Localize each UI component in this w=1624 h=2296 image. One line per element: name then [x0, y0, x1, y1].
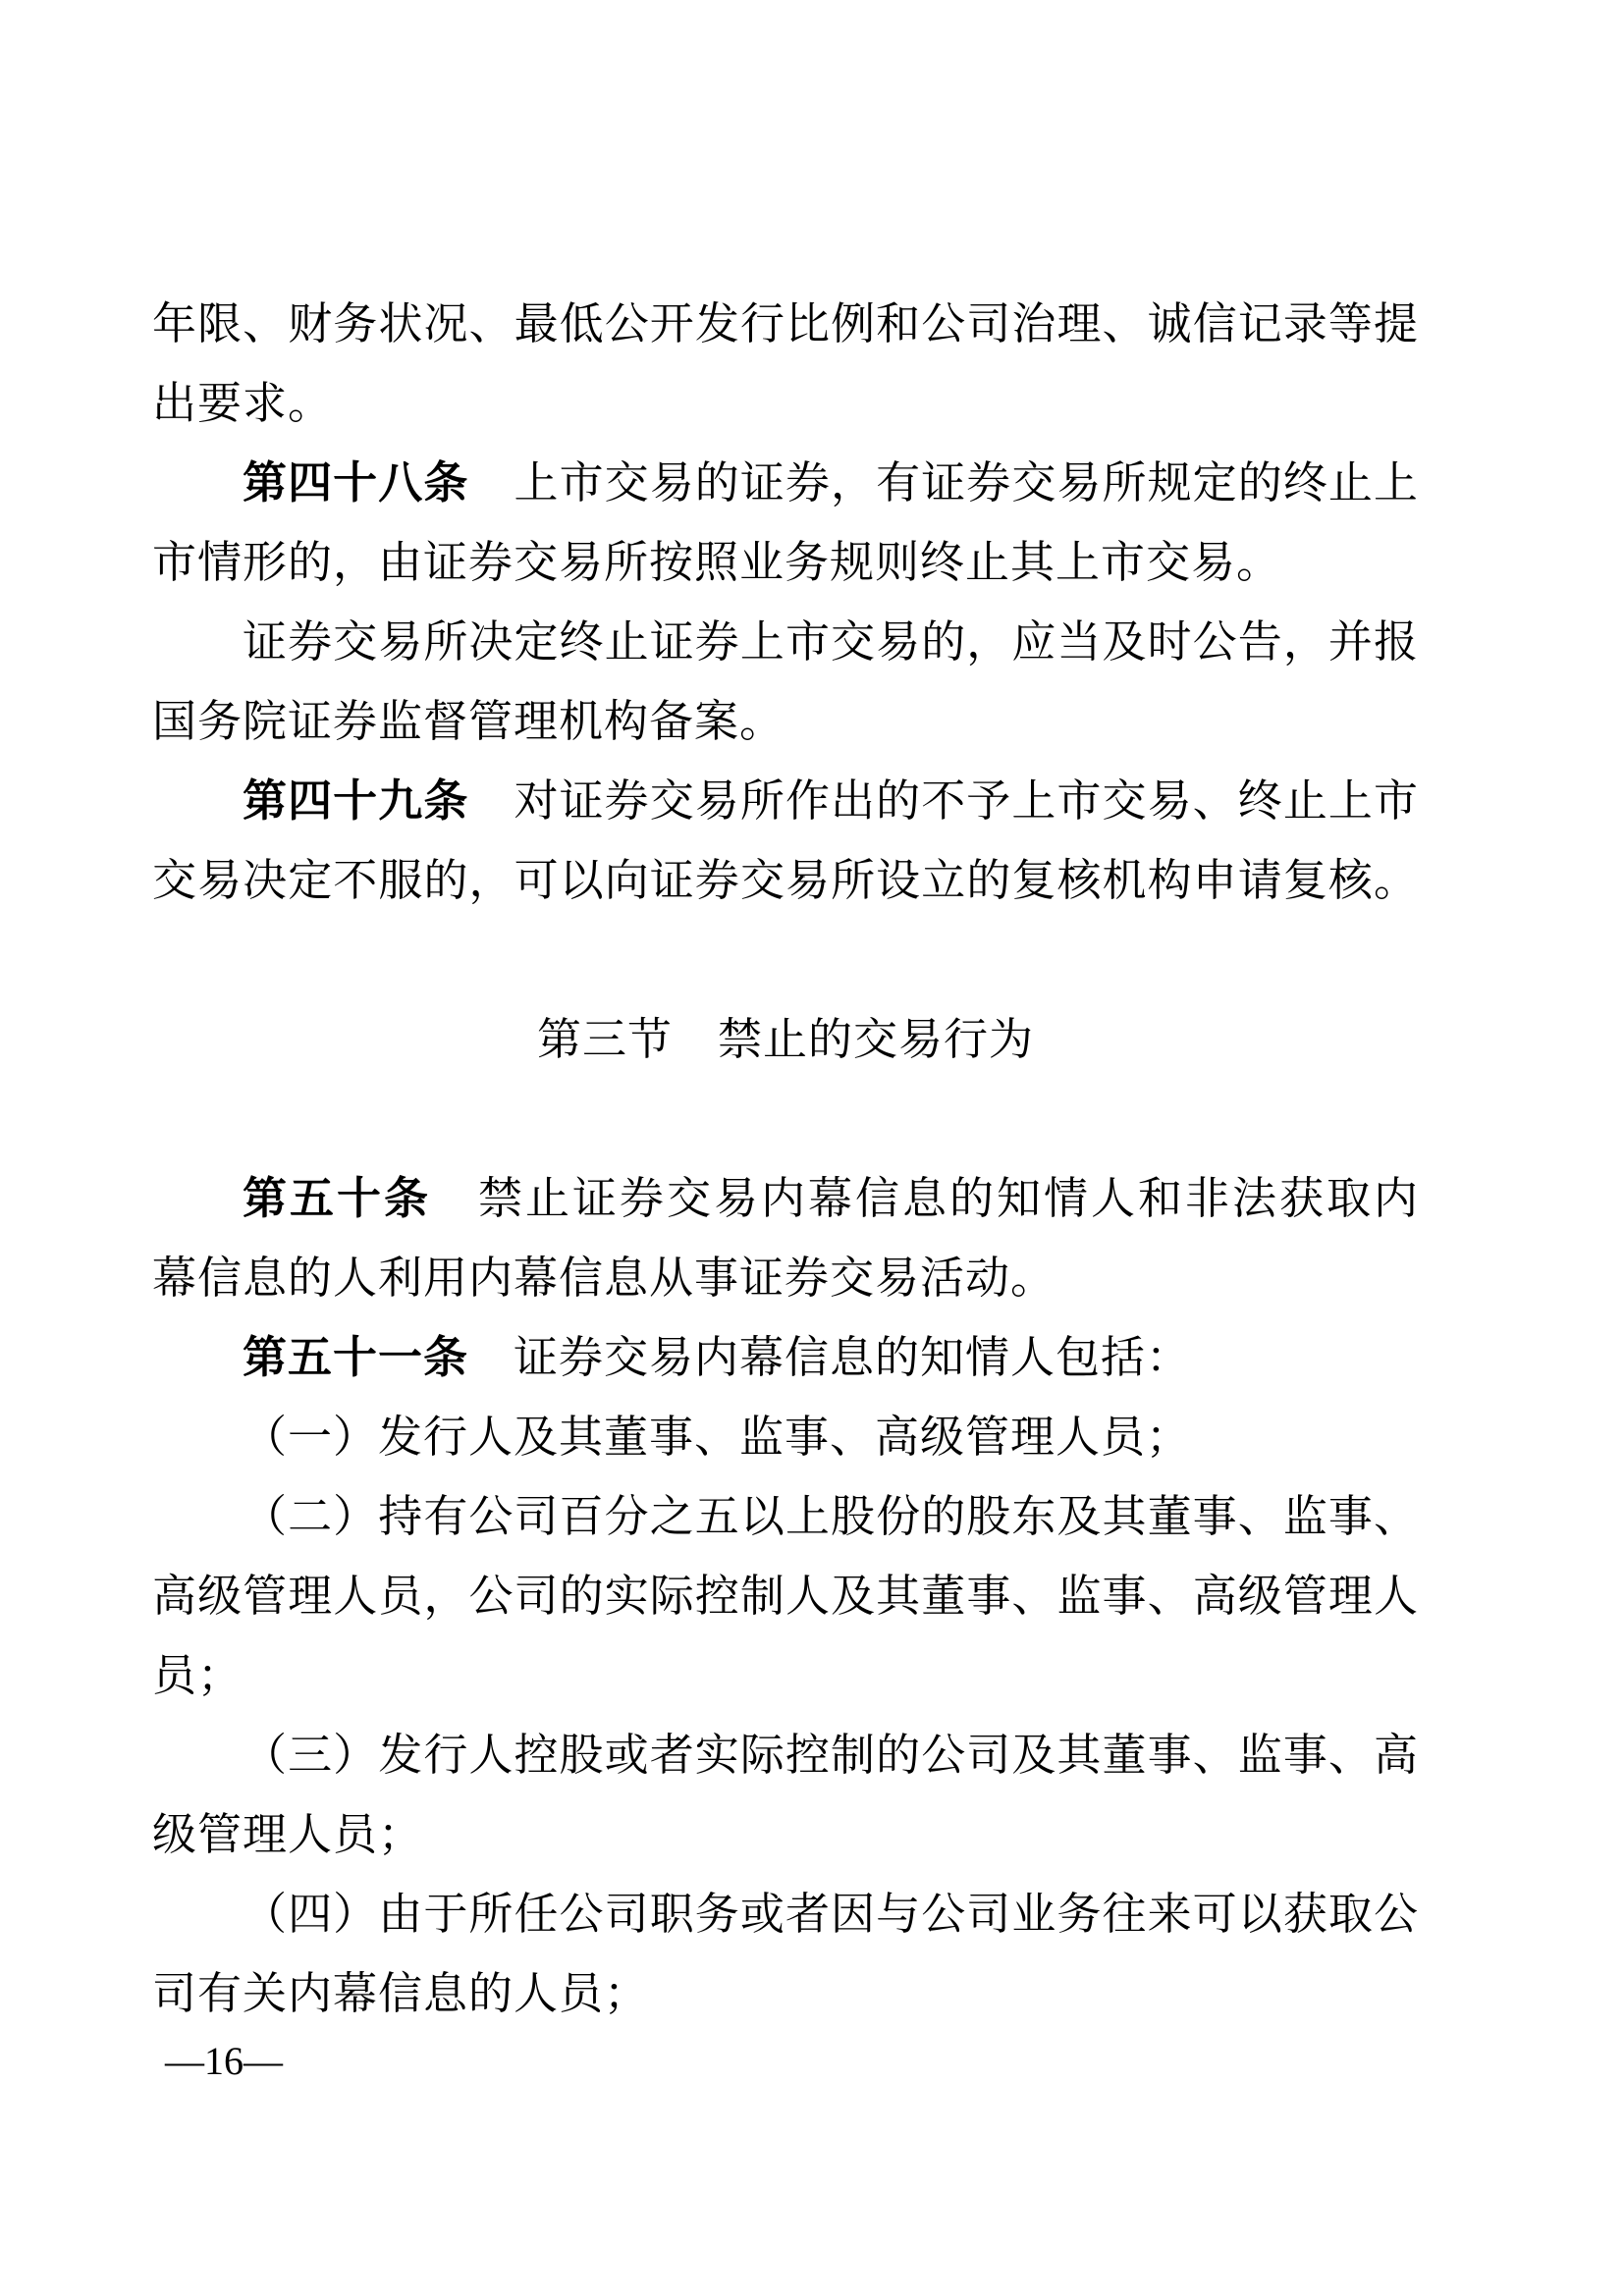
article-number: 第四十八条 [243, 458, 468, 507]
text-line: （三）发行人控股或者实际控制的公司及其董事、监事、高 [152, 1716, 1419, 1795]
text-line: （一）发行人及其董事、监事、高级管理人员； [152, 1398, 1419, 1477]
text-line: 市情形的，由证券交易所按照业务规则终止其上市交易。 [152, 523, 1419, 603]
text-line: （二）持有公司百分之五以上股份的股东及其董事、监事、 [152, 1477, 1419, 1557]
text-run: 高级管理人员，公司的实际控制人及其董事、监事、高级管理人 [152, 1572, 1419, 1621]
text-line: 国务院证券监督管理机构备案。 [152, 682, 1419, 762]
text-line: 交易决定不服的，可以向证券交易所设立的复核机构申请复核。 [152, 841, 1419, 921]
text-line: 第四十八条 上市交易的证券，有证券交易所规定的终止上 [152, 444, 1419, 523]
text-line: 出要求。 [152, 364, 1419, 444]
text-line: 司有关内幕信息的人员； [152, 1954, 1419, 2034]
text-run: （一）发行人及其董事、监事、高级管理人员； [243, 1413, 1191, 1462]
text-line: 第四十九条 对证券交易所作出的不予上市交易、终止上市 [152, 762, 1419, 841]
text-run: 禁止证券交易内幕信息的知情人和非法获取内 [431, 1174, 1419, 1223]
text-run: 国务院证券监督管理机构备案。 [152, 697, 785, 746]
article-number: 第五十一条 [243, 1333, 468, 1382]
text-run: （二）持有公司百分之五以上股份的股东及其董事、监事、 [243, 1492, 1419, 1541]
text-run: 级管理人员； [152, 1810, 423, 1859]
text-run: 出要求。 [152, 379, 333, 428]
text-run: 年限、财务状况、最低公开发行比例和公司治理、诚信记录等提 [152, 299, 1419, 348]
text-line: 证券交易所决定终止证券上市交易的，应当及时公告，并报 [152, 603, 1419, 682]
text-run: 员； [152, 1651, 243, 1700]
text-run: （四）由于所任公司职务或者因与公司业务往来可以获取公 [243, 1890, 1419, 1939]
text-run: 证券交易内幕信息的知情人包括： [468, 1333, 1191, 1382]
document-page: 年限、财务状况、最低公开发行比例和公司治理、诚信记录等提出要求。第四十八条 上市… [0, 0, 1624, 2296]
text-line: 高级管理人员，公司的实际控制人及其董事、监事、高级管理人 [152, 1557, 1419, 1636]
page-number: —16— [165, 2032, 283, 2091]
text-line: 年限、财务状况、最低公开发行比例和公司治理、诚信记录等提 [152, 285, 1419, 364]
text-line: （四）由于所任公司职务或者因与公司业务往来可以获取公 [152, 1875, 1419, 1954]
article-number: 第五十条 [243, 1174, 431, 1223]
document-body: 年限、财务状况、最低公开发行比例和公司治理、诚信记录等提出要求。第四十八条 上市… [152, 285, 1419, 2034]
section-heading: 第三节 禁止的交易行为 [152, 1000, 1419, 1080]
text-run: 第三节 禁止的交易行为 [537, 1015, 1034, 1064]
article-number: 第四十九条 [243, 776, 468, 826]
text-run: 司有关内幕信息的人员； [152, 1969, 649, 2018]
text-line: 级管理人员； [152, 1795, 1419, 1875]
text-run: 幕信息的人利用内幕信息从事证券交易活动。 [152, 1254, 1056, 1303]
text-run: （三）发行人控股或者实际控制的公司及其董事、监事、高 [243, 1731, 1419, 1780]
text-run: 上市交易的证券，有证券交易所规定的终止上 [468, 458, 1419, 507]
text-line: 员； [152, 1636, 1419, 1716]
text-run: 交易决定不服的，可以向证券交易所设立的复核机构申请复核。 [152, 856, 1419, 905]
text-line: 第五十一条 证券交易内幕信息的知情人包括： [152, 1318, 1419, 1398]
text-run: 市情形的，由证券交易所按照业务规则终止其上市交易。 [152, 538, 1281, 587]
text-run: 对证券交易所作出的不予上市交易、终止上市 [468, 776, 1419, 826]
text-run: 证券交易所决定终止证券上市交易的，应当及时公告，并报 [243, 617, 1419, 667]
text-line: 第五十条 禁止证券交易内幕信息的知情人和非法获取内 [152, 1159, 1419, 1239]
text-line: 幕信息的人利用内幕信息从事证券交易活动。 [152, 1239, 1419, 1318]
